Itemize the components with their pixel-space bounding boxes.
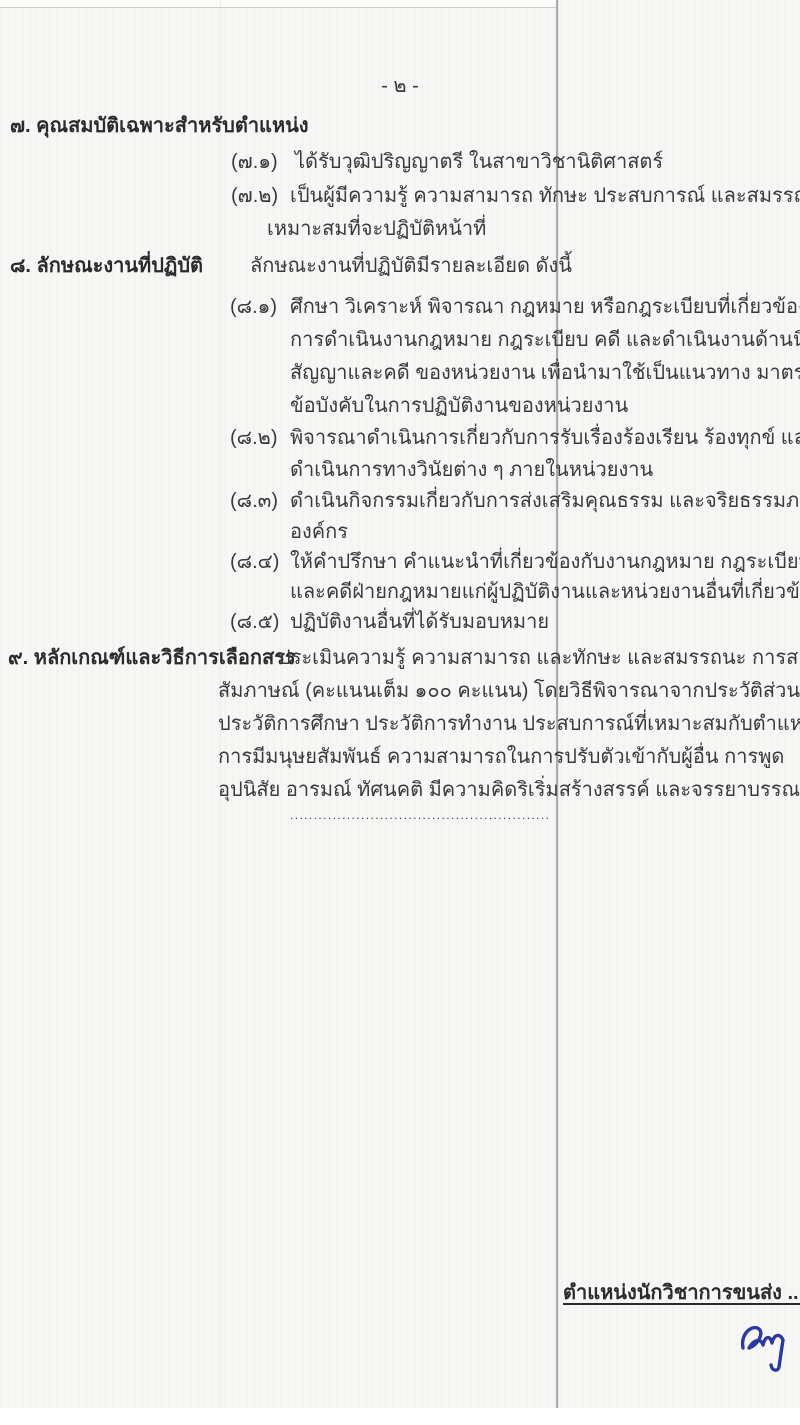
signature-initials-icon [737, 1320, 795, 1374]
item-7-2-text-line1: เป็นผู้มีความรู้ ความสามารถ ทักษะ ประสบก… [290, 182, 800, 210]
section9-text-line5: อุปนิสัย อารมณ์ ทัศนคติ มีความคิดริเริ่ม… [218, 776, 800, 804]
item-8-1-text-line4: ข้อบังคับในการปฏิบัติงานของหน่วยงาน [290, 392, 628, 420]
item-7-2-text-line2: เหมาะสมที่จะปฏิบัติหน้าที่ [267, 215, 486, 243]
item-8-1-label: (๘.๑) [230, 293, 277, 321]
item-8-3-label: (๘.๓) [230, 487, 278, 515]
section9-text-line1: ประเมินความรู้ ความสามารถ และทักษะ และสม… [278, 644, 800, 672]
section9-heading: ๙. หลักเกณฑ์และวิธีการเลือกสรร [8, 644, 296, 672]
section7-heading: ๗. คุณสมบัติเฉพาะสำหรับตำแหน่ง [10, 112, 309, 140]
item-8-4-text-line1: ให้คำปรึกษา คำแนะนำที่เกี่ยวข้องกับงานกฎ… [290, 548, 800, 576]
item-8-4-label: (๘.๔) [230, 548, 279, 576]
section9-text-line2: สัมภาษณ์ (คะแนนเต็ม ๑๐๐ คะแนน) โดยวิธีพิ… [218, 677, 800, 705]
item-8-3-text-line1: ดำเนินกิจกรรมเกี่ยวกับการส่งเสริมคุณธรรม… [290, 487, 800, 515]
item-8-2-label: (๘.๒) [230, 424, 278, 452]
dotted-separator: ........................................… [290, 804, 548, 826]
item-8-5-text: ปฏิบัติงานอื่นที่ได้รับมอบหมาย [290, 608, 549, 636]
dotted-separator-text: ........................................… [290, 808, 548, 822]
item-7-1-label: (๗.๑) [231, 148, 278, 176]
page-top-margin [0, 0, 557, 7]
item-7-2-label: (๗.๒) [231, 182, 278, 210]
section8-heading: ๘. ลักษณะงานที่ปฏิบัติ [10, 252, 203, 280]
item-8-3-text-line2: องค์กร [290, 518, 348, 546]
item-8-1-text-line3: สัญญาและคดี ของหน่วยงาน เพื่อนำมาใช้เป็น… [290, 359, 800, 387]
item-8-2-text-line1: พิจารณาดำเนินการเกี่ยวกับการรับเรื่องร้อ… [290, 424, 800, 452]
item-8-1-text-line2: การดำเนินงานกฎหมาย กฎระเบียบ คดี และดำเน… [290, 326, 800, 354]
item-8-2-text-line2: ดำเนินการทางวินัยต่าง ๆ ภายในหน่วยงาน [290, 456, 653, 484]
section9-text-line4: การมีมนุษยสัมพันธ์ ความสามารถในการปรับตั… [218, 743, 784, 771]
item-8-5-label: (๘.๕) [230, 608, 279, 636]
scan-top-edge-line [0, 7, 557, 8]
item-7-1-text: ได้รับวุฒิปริญญาตรี ในสาขาวิชานิติศาสตร์ [295, 148, 663, 176]
scanned-page: - ๒ - ๗. คุณสมบัติเฉพาะสำหรับตำแหน่ง (๗.… [0, 0, 800, 1408]
section9-text-line3: ประวัติการศึกษา ประวัติการทำงาน ประสบการ… [218, 710, 800, 738]
item-8-1-text-line1: ศึกษา วิเคราะห์ พิจารณา กฎหมาย หรือกฎระเ… [290, 293, 800, 321]
footer-position-reference: ตำแหน่งนักวิชาการขนส่ง ... [563, 1276, 800, 1308]
section8-intro: ลักษณะงานที่ปฏิบัติมีรายละเอียด ดังนี้ [250, 252, 572, 280]
item-8-4-text-line2: และคดีฝ่ายกฎหมายแก่ผู้ปฏิบัติงานและหน่วย… [290, 578, 800, 606]
page-number: - ๒ - [340, 72, 460, 100]
